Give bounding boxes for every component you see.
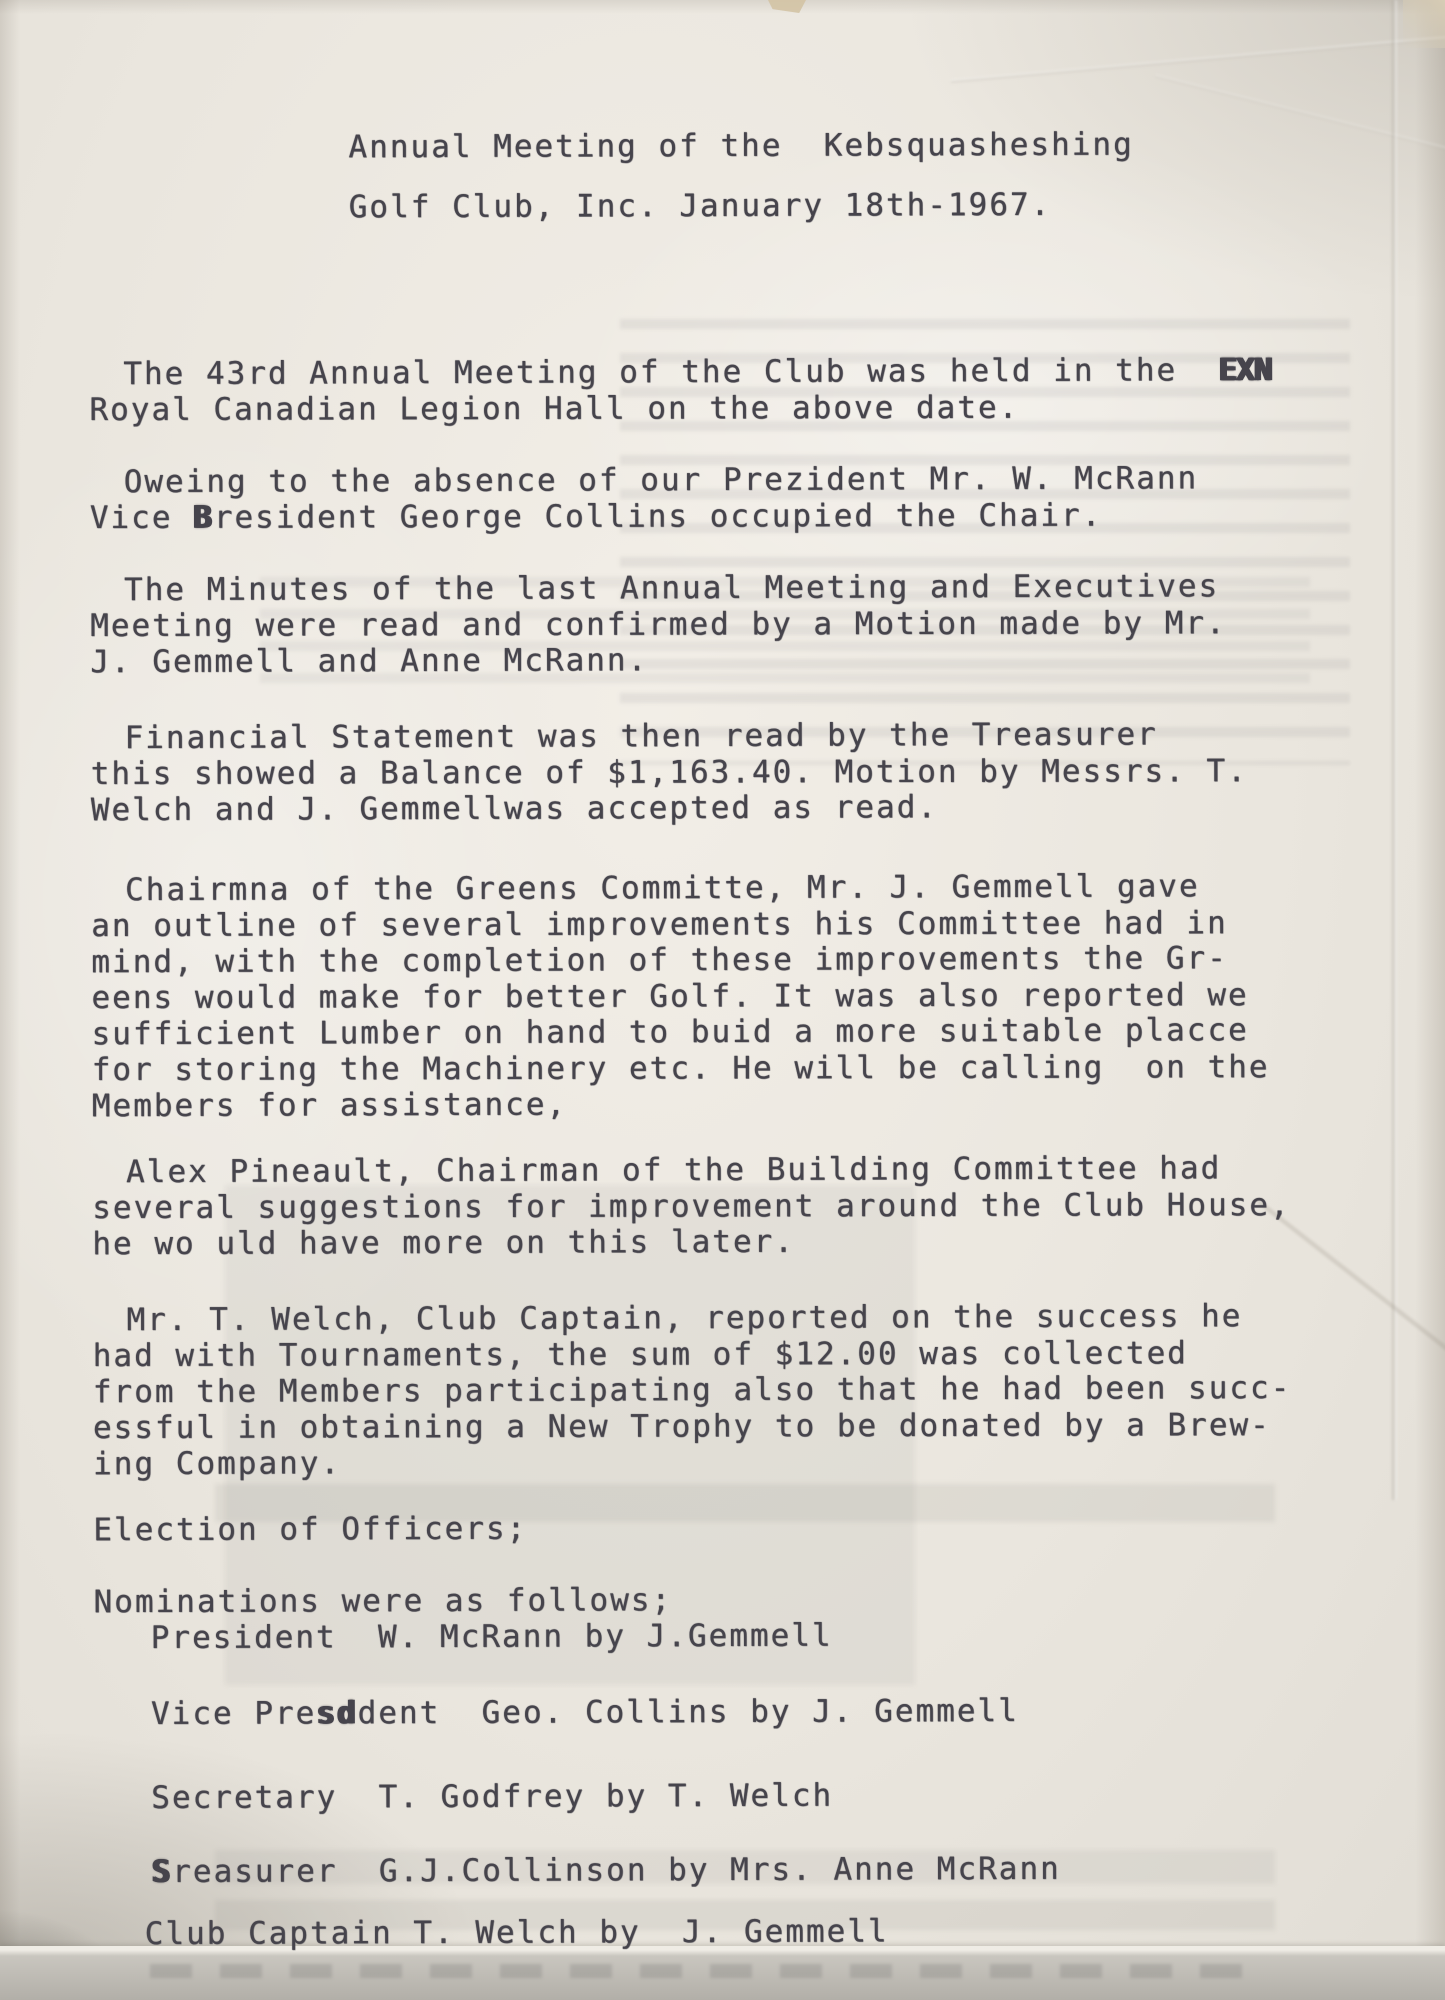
text-line: Oweing to the absence of our Prezident M… — [90, 460, 1407, 501]
overtyped-text: sd — [316, 1695, 357, 1731]
text-line: Welch and J. Gemmellwas accepted as read… — [91, 788, 1408, 829]
text-line: he wo uld have more on this later. — [92, 1222, 1409, 1263]
nomination-president: President W. McRann by J.Gemmell — [94, 1616, 1411, 1657]
title-line-1: Annual Meeting of the Kebsquasheshing — [348, 126, 1405, 166]
text-line: The Minutes of the last Annual Meeting a… — [90, 568, 1407, 609]
nomination-secretary: Secretary T. Godfrey by T. Welch — [94, 1776, 1411, 1817]
overtyped-text: S — [151, 1854, 172, 1890]
overtyped-text: EXN — [1218, 352, 1271, 388]
text-segment: resident George Collins occupied the Cha… — [214, 498, 1103, 536]
text-line: J. Gemmell and Anne McRann. — [90, 640, 1407, 681]
text-line: essful in obtaining a New Trophy to be d… — [93, 1407, 1410, 1446]
paragraph-minutes: The Minutes of the last Annual Meeting a… — [90, 568, 1407, 681]
text-line: Chairmna of the Greens Committe, Mr. J. … — [91, 868, 1408, 909]
text-segment: Vice Pre — [151, 1695, 316, 1732]
text-segment: reasurer G.J.Collinson by Mrs. Anne McRa… — [172, 1851, 1061, 1890]
text-line: for storing the Machinery etc. He will b… — [92, 1049, 1409, 1088]
text-line: this showed a Balance of $1,163.40. Moti… — [91, 753, 1408, 792]
text-line: Financial Statement was then read by the… — [91, 716, 1408, 757]
nomination-treasurer: Sreasurer G.J.Collinson by Mrs. Anne McR… — [94, 1850, 1411, 1891]
text-segment: The 43rd Annual Meeting of the Club was … — [123, 352, 1218, 392]
paragraph-chair: Oweing to the absence of our Prezident M… — [90, 460, 1407, 537]
paragraph-meeting-held: The 43rd Annual Meeting of the Club was … — [89, 352, 1406, 429]
scanned-document-page: Annual Meeting of the Kebsquasheshing Go… — [0, 0, 1445, 2000]
text-line: Royal Canadian Legion Hall on the above … — [89, 389, 1406, 428]
nomination-club-captain: Club Captain T. Welch by J. Gemmell — [95, 1912, 1412, 1953]
text-segment: dent Geo. Collins by J. Gemmell — [358, 1693, 1019, 1731]
text-line: ing Company. — [93, 1442, 1410, 1483]
text-line: Meeting were read and confirmed by a Mot… — [90, 605, 1407, 644]
paragraph-building-committee: Alex Pineault, Chairman of the Building … — [92, 1150, 1409, 1263]
text-line: Alex Pineault, Chairman of the Building … — [92, 1150, 1409, 1191]
text-line: Members for assistance, — [92, 1084, 1409, 1125]
overtyped-text: B — [193, 500, 214, 536]
text-segment: Vice — [90, 500, 193, 536]
text-line: eens would make for better Golf. It was … — [91, 977, 1408, 1016]
text-line: Mr. T. Welch, Club Captain, reported on … — [93, 1298, 1410, 1339]
text-line: The 43rd Annual Meeting of the Club was … — [89, 352, 1406, 393]
text-line: sufficient Lumber on hand to buid a more… — [92, 1012, 1409, 1053]
document-text: Annual Meeting of the Kebsquasheshing Go… — [0, 0, 1445, 2000]
paragraph-greens-committee: Chairmna of the Greens Committe, Mr. J. … — [91, 868, 1409, 1125]
text-line: from the Members participating also that… — [93, 1370, 1410, 1411]
nomination-vice-president: Vice Presddent Geo. Collins by J. Gemmel… — [94, 1692, 1411, 1733]
text-line: Vice Bresident George Collins occupied t… — [90, 497, 1407, 536]
paragraph-club-captain-report: Mr. T. Welch, Club Captain, reported on … — [93, 1298, 1411, 1483]
text-line: had with Tournaments, the sum of $12.00 … — [93, 1335, 1410, 1374]
text-line: mind, with the completion of these impro… — [91, 940, 1408, 981]
nominations-intro: Nominations were as follows; — [94, 1580, 1411, 1621]
title-line-2: Golf Club, Inc. January 18th-1967. — [349, 186, 1406, 226]
text-line: an outline of several improvements his C… — [91, 905, 1408, 944]
document-title: Annual Meeting of the Kebsquasheshing Go… — [88, 126, 1405, 227]
paragraph-financial: Financial Statement was then read by the… — [91, 716, 1408, 829]
election-heading: Election of Officers; — [93, 1508, 1410, 1549]
text-line: several suggestions for improvement arou… — [92, 1187, 1409, 1226]
